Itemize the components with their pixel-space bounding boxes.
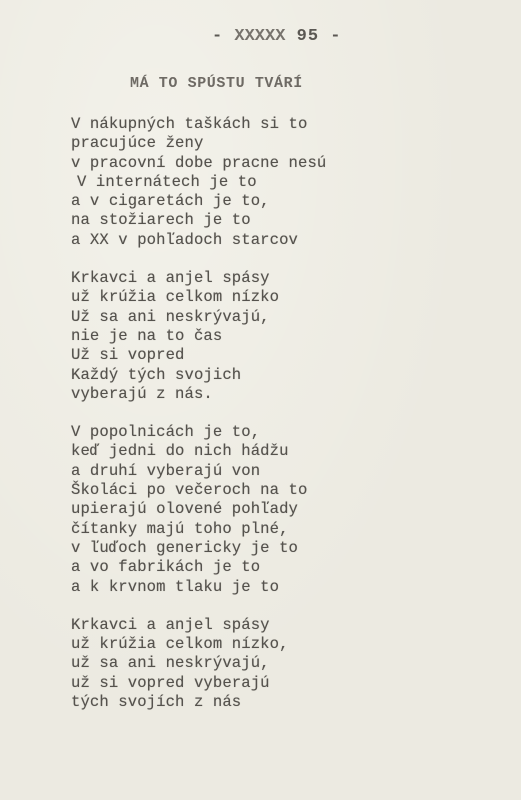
page-number-prefix: - — [212, 27, 234, 46]
poem-line: vyberajú z nás. — [71, 385, 326, 404]
poem-line: a vo fabrikách je to — [71, 558, 326, 577]
stanza: V nákupných taškách si topracujúce ženyv… — [71, 115, 326, 250]
stanza: Krkavci a anjel spásyuž krúžia celkom ní… — [71, 269, 326, 404]
poem-line: už si vopred vyberajú — [71, 674, 326, 693]
stanza: Krkavci a anjel spásyuž krúžia celkom ní… — [71, 616, 326, 712]
poem-line: a v cigaretách je to, — [71, 192, 326, 211]
poem-line: nie je na to čas — [71, 327, 326, 346]
page-number-suffix: - — [319, 27, 341, 46]
poem-line: keď jedni do nich hádžu — [71, 442, 326, 461]
page-number: - XXXXX 95 - — [212, 27, 341, 46]
poem-line: Krkavci a anjel spásy — [71, 269, 326, 288]
poem-line: V nákupných taškách si to — [71, 115, 326, 134]
poem-line: a XX v pohľadoch starcov — [71, 231, 326, 250]
poem-line: Krkavci a anjel spásy — [71, 616, 326, 635]
poem-line: v pracovní dobe pracne nesú — [71, 154, 326, 173]
poem-title: MÁ TO SPÚSTU TVÁRÍ — [130, 75, 303, 92]
poem-body: V nákupných taškách si topracujúce ženyv… — [71, 115, 326, 731]
poem-line: V internátech je to — [71, 173, 326, 192]
poem-line: Školáci po večeroch na to — [71, 481, 326, 500]
poem-line: Každý tých svojich — [71, 366, 326, 385]
poem-line: Už sa ani neskrývajú, — [71, 308, 326, 327]
poem-line: už krúžia celkom nízko — [71, 288, 326, 307]
poem-line: pracujúce ženy — [71, 134, 326, 153]
page-number-value: 95 — [285, 27, 319, 46]
poem-line: Už si vopred — [71, 346, 326, 365]
poem-line: v ľuďoch genericky je to — [71, 539, 326, 558]
poem-line: na stožiarech je to — [71, 211, 326, 230]
stanza: V popolnicách je to,keď jedni do nich há… — [71, 423, 326, 597]
poem-line: už sa ani neskrývajú, — [71, 654, 326, 673]
typewritten-page: - XXXXX 95 - MÁ TO SPÚSTU TVÁRÍ V nákupn… — [0, 0, 521, 800]
page-number-struck-text: XXXXX — [234, 27, 285, 46]
poem-line: a druhí vyberajú von — [71, 462, 326, 481]
poem-line: a k krvnom tlaku je to — [71, 578, 326, 597]
poem-line: už krúžia celkom nízko, — [71, 635, 326, 654]
poem-line: čítanky majú toho plné, — [71, 520, 326, 539]
poem-line: tých svojích z nás — [71, 693, 326, 712]
poem-line: upierajú olovené pohľady — [71, 500, 326, 519]
poem-line: V popolnicách je to, — [71, 423, 326, 442]
